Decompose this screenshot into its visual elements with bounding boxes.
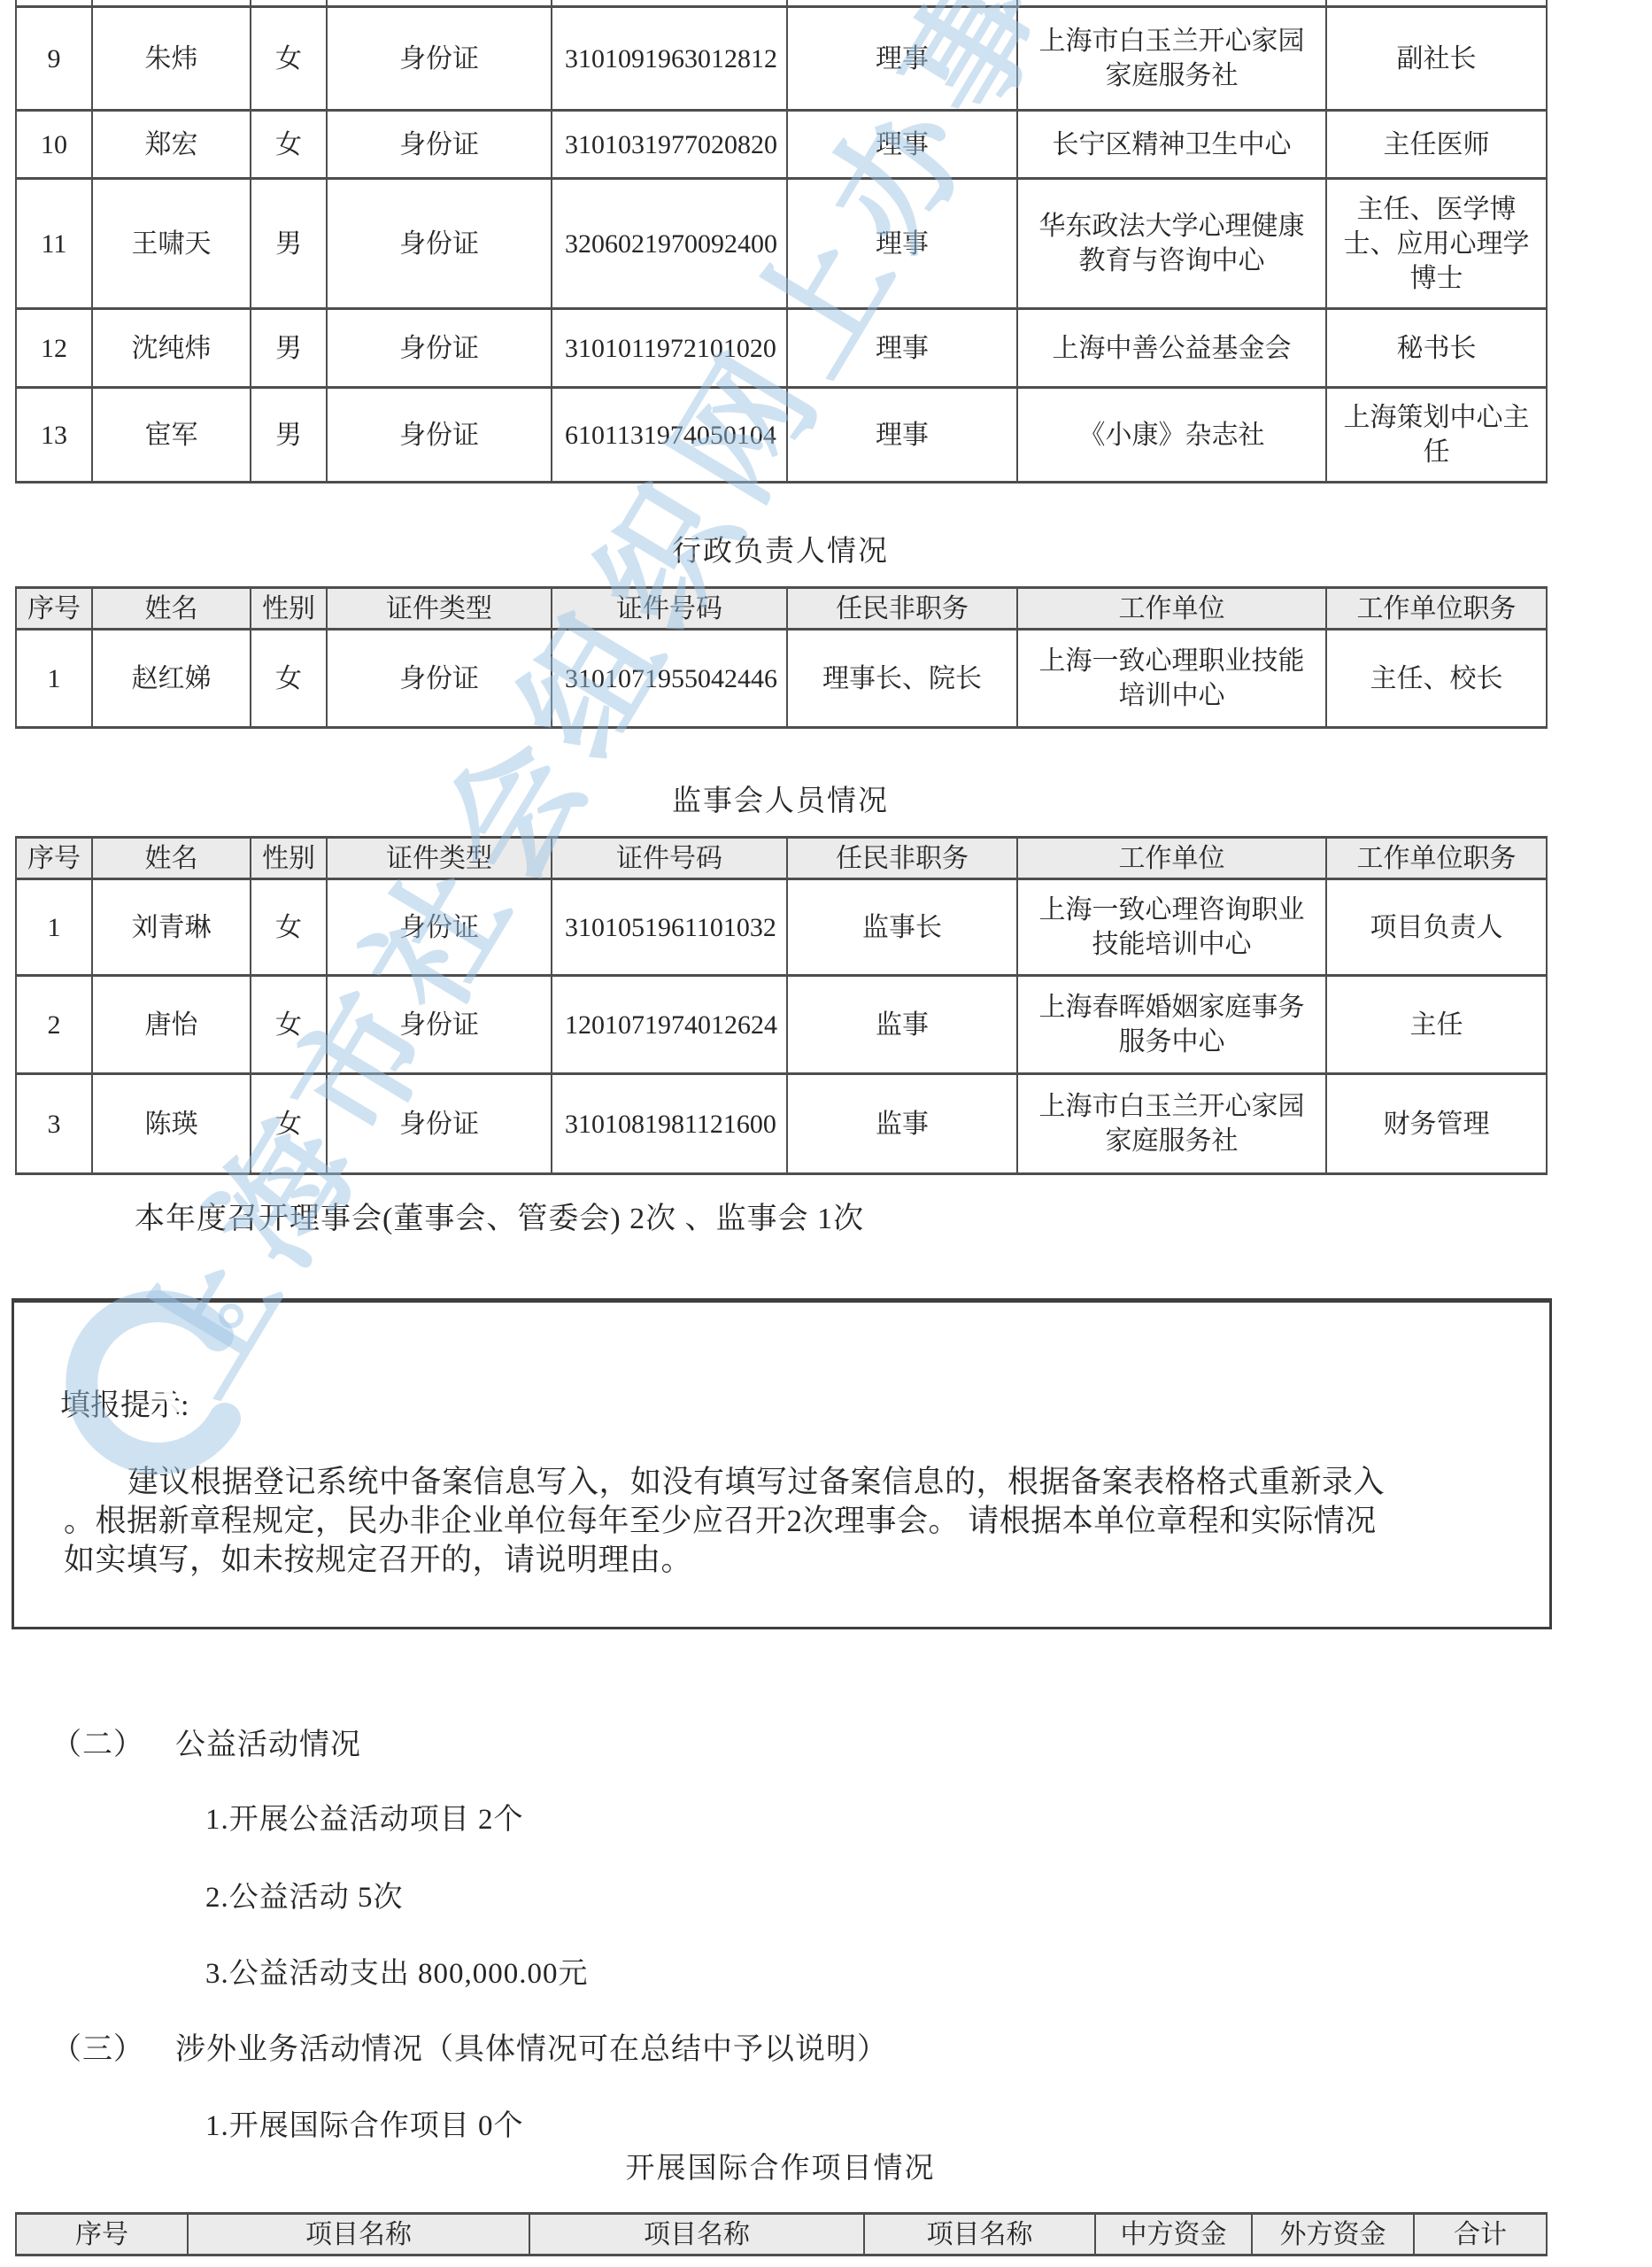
table-cell	[16, 0, 92, 7]
table-header-row: 序号 姓名 性别 证件类型 证件号码 任民非职务 工作单位 工作单位职务	[16, 588, 1547, 630]
cell-position: 理事	[787, 179, 1017, 309]
cell-work-title: 主任	[1326, 976, 1547, 1074]
header-position: 任民非职务	[787, 588, 1017, 630]
table-row: 1 赵红娣 女 身份证 3101071955042446 理事长、院长 上海一致…	[16, 630, 1547, 728]
header-project-name: 项目名称	[188, 2214, 529, 2255]
section-title: 公益活动情况	[175, 1720, 361, 1763]
cell-work-unit: 上海市白玉兰开心家园家庭服务社	[1017, 7, 1326, 111]
cell-gender: 女	[251, 1074, 327, 1174]
cell-no: 1	[16, 630, 92, 728]
cell-work-unit: 上海中善公益基金会	[1017, 309, 1326, 388]
tips-line: 建议根据登记系统中备案信息写入，如没有填写过备案信息的，根据备案表格格式重新录入	[64, 1463, 1496, 1502]
header-work-title: 工作单位职务	[1326, 838, 1547, 879]
cell-id-type: 身份证	[327, 111, 552, 179]
cell-work-title: 项目负责人	[1326, 879, 1547, 976]
table-cell	[327, 0, 552, 7]
admin-section-title: 行政负责人情况	[15, 528, 1546, 569]
header-id-number: 证件号码	[552, 588, 787, 630]
cell-name: 陈瑛	[92, 1074, 251, 1174]
cell-id-number: 3101011972101020	[552, 309, 787, 388]
list-item: 2.公益活动 5次	[205, 1874, 404, 1915]
cell-id-type: 身份证	[327, 179, 552, 309]
section-foreign-affairs: （三） 涉外业务活动情况（具体情况可在总结中予以说明）	[51, 2024, 1556, 2063]
section-title: 涉外业务活动情况（具体情况可在总结中予以说明）	[175, 2024, 888, 2068]
table-row: 9 朱炜 女 身份证 3101091963012812 理事 上海市白玉兰开心家…	[16, 7, 1547, 111]
cell-id-number: 3206021970092400	[552, 179, 787, 309]
header-chinese-funds: 中方资金	[1095, 2214, 1252, 2255]
cell-position: 理事	[787, 388, 1017, 483]
cell-name: 王啸天	[92, 179, 251, 309]
tips-label: 填报提示:	[60, 1381, 1549, 1424]
cell-name: 宦军	[92, 388, 251, 483]
table-row-partial	[16, 0, 1547, 7]
header-work-unit: 工作单位	[1017, 588, 1326, 630]
cell-work-title: 主任、校长	[1326, 630, 1547, 728]
meetings-count-note: 本年度召开理事会(董事会、管委会) 2次 、监事会 1次	[135, 1194, 864, 1237]
cell-position: 监事	[787, 976, 1017, 1074]
table-header-row: 序号 项目名称 项目名称 项目名称 中方资金 外方资金 合计	[16, 2214, 1547, 2255]
cell-name: 郑宏	[92, 111, 251, 179]
cell-no: 3	[16, 1074, 92, 1174]
header-work-title: 工作单位职务	[1326, 588, 1547, 630]
list-item: 3.公益活动支出 800,000.00元	[205, 1950, 589, 1992]
cell-position: 监事长	[787, 879, 1017, 976]
admin-head-table: 序号 姓名 性别 证件类型 证件号码 任民非职务 工作单位 工作单位职务 1 赵…	[15, 586, 1548, 729]
cell-work-title: 财务管理	[1326, 1074, 1547, 1174]
table-cell	[92, 0, 251, 7]
header-gender: 性别	[251, 838, 327, 879]
cell-id-type: 身份证	[327, 630, 552, 728]
section-number: （二）	[51, 1720, 144, 1763]
cell-id-number: 3101081981121600	[552, 1074, 787, 1174]
cell-gender: 女	[251, 630, 327, 728]
cell-id-number: 3101091963012812	[552, 7, 787, 111]
cell-id-number: 6101131974050104	[552, 388, 787, 483]
cell-no: 2	[16, 976, 92, 1074]
table-row: 11 王啸天 男 身份证 3206021970092400 理事 华东政法大学心…	[16, 179, 1547, 309]
cell-gender: 男	[251, 388, 327, 483]
table-cell	[1326, 0, 1547, 7]
cell-name: 沈纯炜	[92, 309, 251, 388]
board-members-table: 9 朱炜 女 身份证 3101091963012812 理事 上海市白玉兰开心家…	[15, 0, 1548, 484]
header-id-number: 证件号码	[552, 838, 787, 879]
cell-work-unit: 上海市白玉兰开心家园家庭服务社	[1017, 1074, 1326, 1174]
cell-name: 朱炜	[92, 7, 251, 111]
cell-work-unit: 上海春晖婚姻家庭事务服务中心	[1017, 976, 1326, 1074]
tips-line: 如实填写，如未按规定召开的，请说明理由。	[64, 1541, 1496, 1580]
cell-work-title: 主任、医学博士、应用心理学博士	[1326, 179, 1547, 309]
cell-id-type: 身份证	[327, 7, 552, 111]
table-row: 2 唐怡 女 身份证 1201071974012624 监事 上海春晖婚姻家庭事…	[16, 976, 1547, 1074]
cell-work-unit: 上海一致心理职业技能培训中心	[1017, 630, 1326, 728]
table-cell	[251, 0, 327, 7]
filling-tips-box: 填报提示: 建议根据登记系统中备案信息写入，如没有填写过备案信息的，根据备案表格…	[12, 1298, 1552, 1629]
cell-no: 13	[16, 388, 92, 483]
header-no: 序号	[16, 2214, 188, 2255]
tips-body: 建议根据登记系统中备案信息写入，如没有填写过备案信息的，根据备案表格格式重新录入…	[64, 1463, 1496, 1580]
cell-gender: 女	[251, 879, 327, 976]
intl-cooperation-table: 序号 项目名称 项目名称 项目名称 中方资金 外方资金 合计	[15, 2212, 1548, 2256]
cell-id-type: 身份证	[327, 879, 552, 976]
table-cell	[1017, 0, 1326, 7]
cell-id-number: 3101071955042446	[552, 630, 787, 728]
header-total: 合计	[1414, 2214, 1547, 2255]
cell-name: 刘青琳	[92, 879, 251, 976]
list-item: 1.开展国际合作项目 0个	[205, 2102, 524, 2144]
header-id-type: 证件类型	[327, 838, 552, 879]
cell-no: 12	[16, 309, 92, 388]
header-gender: 性别	[251, 588, 327, 630]
table-row: 12 沈纯炜 男 身份证 3101011972101020 理事 上海中善公益基…	[16, 309, 1547, 388]
supervisor-section-title: 监事会人员情况	[15, 778, 1546, 819]
header-no: 序号	[16, 838, 92, 879]
cell-gender: 女	[251, 111, 327, 179]
annual-report-page: 9 朱炜 女 身份证 3101091963012812 理事 上海市白玉兰开心家…	[0, 0, 1652, 2267]
table-cell	[787, 0, 1017, 7]
header-work-unit: 工作单位	[1017, 838, 1326, 879]
cell-work-unit: 长宁区精神卫生中心	[1017, 111, 1326, 179]
cell-no: 9	[16, 7, 92, 111]
cell-position: 监事	[787, 1074, 1017, 1174]
cell-position: 理事	[787, 111, 1017, 179]
table-cell	[552, 0, 787, 7]
header-no: 序号	[16, 588, 92, 630]
list-item: 1.开展公益活动项目 2个	[205, 1796, 524, 1838]
cell-work-title: 上海策划中心主任	[1326, 388, 1547, 483]
cell-name: 唐怡	[92, 976, 251, 1074]
cell-id-type: 身份证	[327, 388, 552, 483]
cell-position: 理事	[787, 7, 1017, 111]
cell-name: 赵红娣	[92, 630, 251, 728]
supervisor-board-table: 序号 姓名 性别 证件类型 证件号码 任民非职务 工作单位 工作单位职务 1 刘…	[15, 836, 1548, 1175]
cell-work-title: 主任医师	[1326, 111, 1547, 179]
cell-position: 理事长、院长	[787, 630, 1017, 728]
cell-position: 理事	[787, 309, 1017, 388]
cell-no: 10	[16, 111, 92, 179]
cell-id-type: 身份证	[327, 1074, 552, 1174]
table-row: 1 刘青琳 女 身份证 3101051961101032 监事长 上海一致心理咨…	[16, 879, 1547, 976]
cell-work-title: 副社长	[1326, 7, 1547, 111]
cell-work-title: 秘书长	[1326, 309, 1547, 388]
intl-table-title: 开展国际合作项目情况	[15, 2145, 1546, 2186]
header-project-name: 项目名称	[864, 2214, 1095, 2255]
header-name: 姓名	[92, 588, 251, 630]
section-number: （三）	[51, 2024, 144, 2068]
cell-no: 1	[16, 879, 92, 976]
cell-work-unit: 《小康》杂志社	[1017, 388, 1326, 483]
header-position: 任民非职务	[787, 838, 1017, 879]
table-header-row: 序号 姓名 性别 证件类型 证件号码 任民非职务 工作单位 工作单位职务	[16, 838, 1547, 879]
header-name: 姓名	[92, 838, 251, 879]
table-row: 10 郑宏 女 身份证 3101031977020820 理事 长宁区精神卫生中…	[16, 111, 1547, 179]
section-public-welfare: （二） 公益活动情况	[51, 1720, 1556, 1759]
cell-gender: 女	[251, 7, 327, 111]
table-row: 13 宦军 男 身份证 6101131974050104 理事 《小康》杂志社 …	[16, 388, 1547, 483]
cell-id-number: 3101031977020820	[552, 111, 787, 179]
table-row: 3 陈瑛 女 身份证 3101081981121600 监事 上海市白玉兰开心家…	[16, 1074, 1547, 1174]
cell-gender: 女	[251, 976, 327, 1074]
cell-work-unit: 华东政法大学心理健康教育与咨询中心	[1017, 179, 1326, 309]
cell-id-type: 身份证	[327, 309, 552, 388]
cell-gender: 男	[251, 309, 327, 388]
cell-id-number: 3101051961101032	[552, 879, 787, 976]
cell-no: 11	[16, 179, 92, 309]
cell-gender: 男	[251, 179, 327, 309]
cell-work-unit: 上海一致心理咨询职业技能培训中心	[1017, 879, 1326, 976]
header-project-name: 项目名称	[529, 2214, 864, 2255]
cell-id-number: 1201071974012624	[552, 976, 787, 1074]
cell-id-type: 身份证	[327, 976, 552, 1074]
header-id-type: 证件类型	[327, 588, 552, 630]
header-foreign-funds: 外方资金	[1252, 2214, 1414, 2255]
tips-line: 。根据新章程规定，民办非企业单位每年至少应召开2次理事会。 请根据本单位章程和实…	[64, 1502, 1496, 1541]
